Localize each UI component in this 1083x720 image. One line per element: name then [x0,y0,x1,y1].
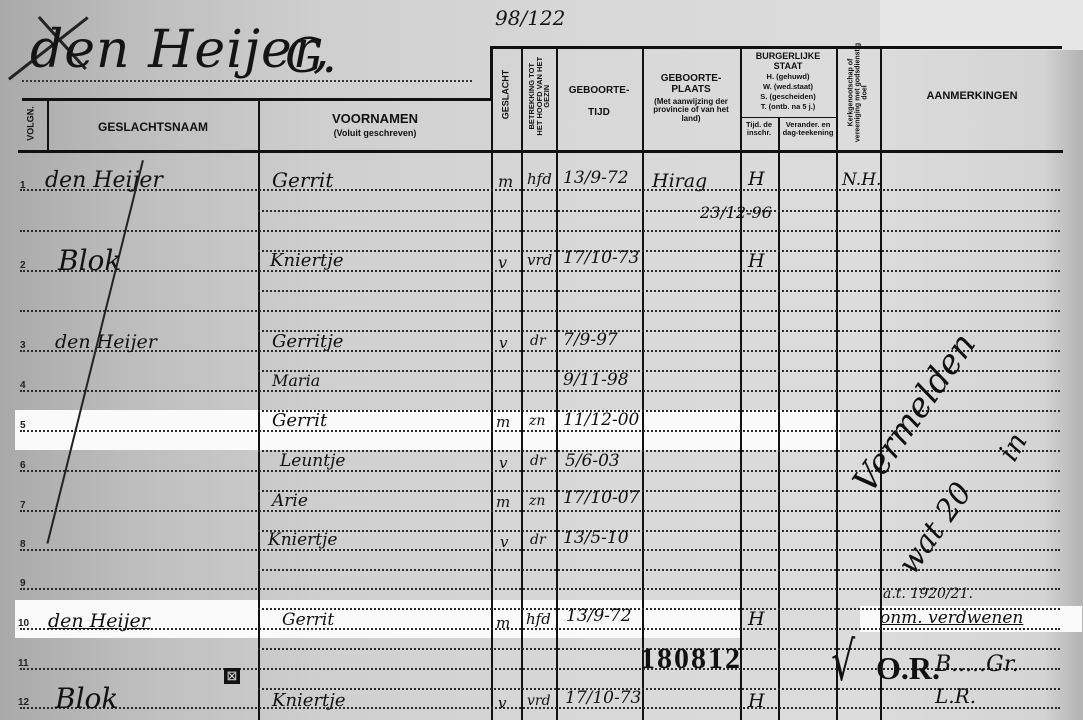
row-line-6 [20,470,1060,472]
cell-sex: v [498,694,506,712]
cell-birth-place: Hirag [652,170,707,192]
row-line-2b [20,310,1060,312]
card-corner [880,0,1083,50]
cell-staat: H [748,250,765,272]
row-number: 10 [18,618,29,629]
cell-staat-change: 23/12-96 [700,203,772,222]
cell-birth-date: 13/9-72 [563,168,629,188]
header-volgno: VOLGN. [27,101,36,147]
reference-number: 98/122 [495,6,565,30]
stamp-subtext: L.R. [935,684,976,708]
header-burgerlijke-staat-2: STAAT [741,62,835,71]
row-number: 5 [20,420,26,431]
header-top-line-right [490,46,1062,49]
cell-given: Leuntje [280,451,345,471]
cell-given: Gerrit [272,410,327,431]
cell-sex: m [498,172,513,191]
remark-row10-note: onm. verdwenen [880,608,1023,628]
cell-staat: H [748,608,765,630]
col-line-sex [521,48,523,720]
row-line-1 [20,189,1060,191]
header-geboorteplaats-sub: (Met aanwijzing der provincie of van het… [648,98,734,123]
row-line-10 [20,628,1060,630]
header-bs-tijd: Tijd. de inschr. [741,121,777,137]
row-line-3 [20,350,1060,352]
cell-relation: hfd [526,610,551,628]
cell-surname: den Heijer [55,331,157,353]
col-line-birthplace [740,48,742,720]
stamp-or: O.R. [876,650,940,687]
cell-birth-date: 9/11-98 [563,370,629,390]
col-line-birthdate [642,48,644,720]
cell-birth-date: 13/9-72 [566,606,632,626]
cell-sex: v [499,334,507,352]
row-number: 4 [20,380,26,391]
header-voornamen: VOORNAMEN [260,112,490,126]
cell-given: Arie [272,491,308,511]
header-geslachtsnaam: GESLACHTSNAAM [50,121,256,134]
row-number: 3 [20,340,26,351]
header-bs-h: H. (gehuwd) [741,73,835,81]
header-bottom-line [18,150,1063,153]
cell-church: N.H. [842,170,881,190]
header-voornamen-sub: (Voluit geschreven) [260,129,490,138]
cell-birth-date: 7/9-97 [563,330,618,350]
cell-relation: dr [530,532,546,548]
cell-birth-date: 17/10-07 [563,488,639,508]
row-subline-3 [258,330,1060,332]
row-line-7 [20,510,1060,512]
row-number: 9 [20,578,26,589]
box-mark-icon: ⊠ [224,668,240,684]
cell-relation: vrd [527,251,552,269]
row-subline-6 [258,450,1060,452]
header-bs-w: W. (wed.staat) [741,83,835,91]
row-number: 8 [20,539,26,550]
check-mark-icon: √ [831,630,855,693]
cell-sex: m [496,614,510,632]
row-subline-1 [258,210,1060,212]
header-geboortetijd-2: TIJD [558,108,640,119]
header-step-line [490,46,493,100]
header-geboortetijd-1: GEBOORTE- [558,86,640,97]
row-line-2 [20,270,1060,272]
cell-surname: den Heijer [45,168,163,193]
cell-birth-date: 17/10-73 [565,688,641,708]
row-number: 1 [20,180,26,191]
cell-staat: H [748,690,765,712]
cell-relation: dr [530,333,546,349]
header-bs-t: T. (ontb. na 5 j.) [741,103,835,111]
cell-given: Gerrit [272,168,333,192]
row-subline-2 [258,250,1060,252]
cell-relation: zn [529,493,545,509]
header-geboorteplaats-1: GEBOORTE- [644,74,738,85]
row-line-1b [20,230,1060,232]
header-bs-s: S. (gescheiden) [741,93,835,101]
cell-given: Gerritje [272,331,343,352]
staat-subdivider [740,117,836,118]
cell-sex: v [499,454,507,472]
col-line-relation [556,48,558,720]
cell-sex: v [498,253,507,272]
cell-given: Kniertje [270,250,344,271]
cell-given: Kniertje [272,690,346,711]
cell-relation: zn [529,413,545,429]
cell-sex: v [500,533,508,551]
cell-surname: Blok [58,244,121,277]
header-betrekking: BETREKKING TOT HET HOOFD VAN HET GEZIN [528,56,551,136]
header-bs-verander: Verander. en dag-teekening [780,121,836,137]
remark-year-note: a.t. 1920/21. [883,586,973,602]
header-geboorteplaats-2: PLAATS [644,85,738,96]
cell-relation: vrd [527,693,551,709]
cell-relation: dr [530,453,546,469]
header-aanmerkingen: AANMERKINGEN [882,91,1062,103]
header-kerkgenootschap: Kerkgenootschap of vereeniging met godsd… [848,43,869,143]
row-number: 12 [18,697,29,708]
cell-given: Gerrit [282,610,334,630]
row-subline-2b [258,290,1060,292]
row-subline-9 [258,569,1060,571]
col-line-volgno [47,100,49,152]
cell-birth-date: 13/5-10 [563,528,629,548]
cell-relation: hfd [527,170,552,188]
stamp-number: 180812 [640,642,742,676]
cell-given: Maria [272,371,320,390]
row-number: 7 [20,500,26,511]
row-number: 6 [20,460,26,471]
row-number: 2 [20,260,26,271]
cell-surname: den Heijer [48,610,150,632]
stamp-handwritten: B.....Gr. [935,652,1019,677]
col-line-staat [836,48,838,720]
header-geslacht: GESLACHT [502,64,511,126]
cell-sex: m [496,413,510,431]
cell-birth-date: 17/10-73 [563,248,639,268]
cell-birth-date: 11/12-00 [563,410,639,430]
cell-staat: H [748,168,765,190]
cell-surname: Blok [55,682,118,715]
cell-birth-date: 5/6-03 [565,451,620,471]
cell-sex: m [496,493,510,511]
cell-given: Kniertje [268,530,337,550]
card-title-initial: G. [285,28,337,84]
row-number: 11 [18,658,29,669]
title-dotted-line [22,80,472,82]
header-top-line-left [22,98,492,101]
